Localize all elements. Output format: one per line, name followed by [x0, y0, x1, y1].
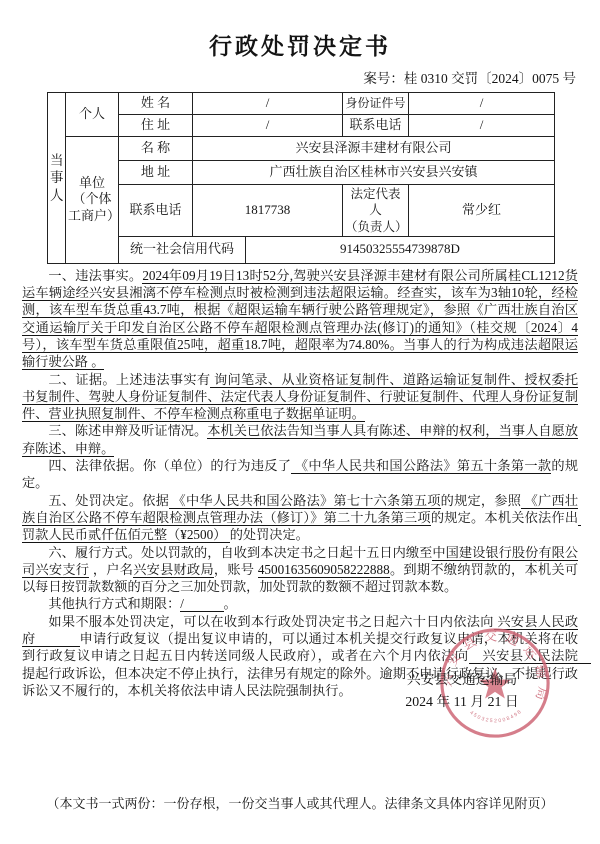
person-label-cell: 个人 [66, 93, 119, 137]
id-value-cell: / [409, 93, 555, 115]
signature-date: 2024 年 11 月 21 日 [382, 691, 542, 713]
org-phone-label-cell: 联系电话 [119, 185, 193, 237]
template-text: 的处罚决定。 [230, 527, 309, 542]
org-address-value-cell: 广西壮族自治区桂林市兴安县兴安镇 [193, 161, 555, 185]
party-info-table: 当 事 人 个人 姓 名 / 身份证件号 / 住 址 / 联系电话 / 单位 （… [47, 92, 555, 264]
paragraph: 二、证据。上述违法事实有 询问笔录、从业资格证复制件、道路运输证复制件、授权委托… [22, 371, 578, 423]
template-text: 如果不服本处罚决定，可以在收到本行政处罚决定书之日起六十日内依法向 [48, 614, 493, 629]
address-value-cell: / [193, 115, 343, 137]
document-page: 行政处罚决定书 案号：桂 0310 交罚〔2024〕0075 号 当 事 人 个… [0, 0, 600, 844]
page-title: 行政处罚决定书 [0, 0, 600, 61]
filled-in-text: 2024年09月19日13时52分,驾驶兴安县泽源丰建材有限公司所属桂CL121… [22, 268, 578, 370]
filled-in-text: 45001635609058222888 [258, 562, 390, 578]
org-name-label-cell: 名 称 [119, 137, 193, 161]
filled-in-text: 《中华人民共和国公路法》第七十六条第五项 [169, 493, 441, 509]
paragraph: 五、处罚决定。依据 《中华人民共和国公路法》第七十六条第五项的规定，参照 《广西… [22, 492, 578, 544]
name-label-cell: 姓 名 [119, 93, 193, 115]
template-text: 六、履行方式。处以罚款的，自收到本决定书之日起十五日内缴至 [48, 545, 432, 560]
phone-label-cell: 联系电话 [343, 115, 409, 137]
signature-block: 兴安县交通运输局 2024 年 11 月 21 日 [382, 669, 542, 713]
template-text: 四、法律依据。你（单位）的行为违反了 [48, 458, 291, 473]
credit-code-label-cell: 统一社会信用代码 [119, 236, 246, 263]
template-text: 二、证据。上述违法事实有 [48, 372, 210, 387]
address-label-cell: 住 址 [119, 115, 193, 137]
template-text: 一、违法事实。 [48, 268, 142, 283]
template-text: ，账号 [214, 562, 258, 577]
filled-in-text: 兴安县财政局 [133, 562, 214, 578]
paragraph: 其他执行方式和期限：/ 。 [22, 595, 578, 612]
template-text: 。 [224, 596, 237, 611]
template-text: 五、处罚决定。依据 [48, 493, 169, 508]
template-text: 的规定，参照 [441, 493, 521, 508]
org-address-label-cell: 地 址 [119, 161, 193, 185]
template-text: ，户名 [89, 562, 133, 577]
party-label-cell: 当 事 人 [48, 93, 66, 264]
paragraph: 三、陈述申辩及听证情况。本机关已依法告知当事人具有陈述、申辩的权利，当事人自愿放… [22, 422, 578, 457]
case-number: 案号：桂 0310 交罚〔2024〕0075 号 [0, 67, 600, 87]
paragraph: 一、违法事实。2024年09月19日13时52分,驾驶兴安县泽源丰建材有限公司所… [22, 267, 578, 371]
name-value-cell: / [193, 93, 343, 115]
phone-value-cell: / [409, 115, 555, 137]
filled-in-text: / [180, 596, 223, 612]
signature-agency: 兴安县交通运输局 [382, 669, 542, 691]
legal-rep-label-cell: 法定代表人 （负责人） [343, 185, 409, 237]
org-name-value-cell: 兴安县泽源丰建材有限公司 [193, 137, 555, 161]
template-text: 的规定。本机关依法作出 [431, 510, 578, 525]
legal-rep-value-cell: 常少红 [409, 185, 555, 237]
filled-in-text: 《中华人民共和国公路法》第五十条第一款 [291, 458, 551, 474]
credit-code-value-cell: 91450325554739878D [246, 236, 555, 263]
template-text: 其他执行方式和期限： [48, 596, 180, 611]
footer-note: （本文书一式两份：一份存根，一份交当事人或其代理人。法律条文具体内容详见附页） [0, 793, 600, 812]
id-label-cell: 身份证件号 [343, 93, 409, 115]
paragraph: 六、履行方式。处以罚款的，自收到本决定书之日起十五日内缴至中国建设银行股份有限公… [22, 544, 578, 596]
org-phone-value-cell: 1817738 [193, 185, 343, 237]
template-text: 三、陈述申辩及听证情况。 [48, 423, 207, 438]
unit-label-cell: 单位 （个体 工商户） [66, 137, 119, 264]
paragraph: 四、法律依据。你（单位）的行为违反了 《中华人民共和国公路法》第五十条第一款的规… [22, 457, 578, 492]
